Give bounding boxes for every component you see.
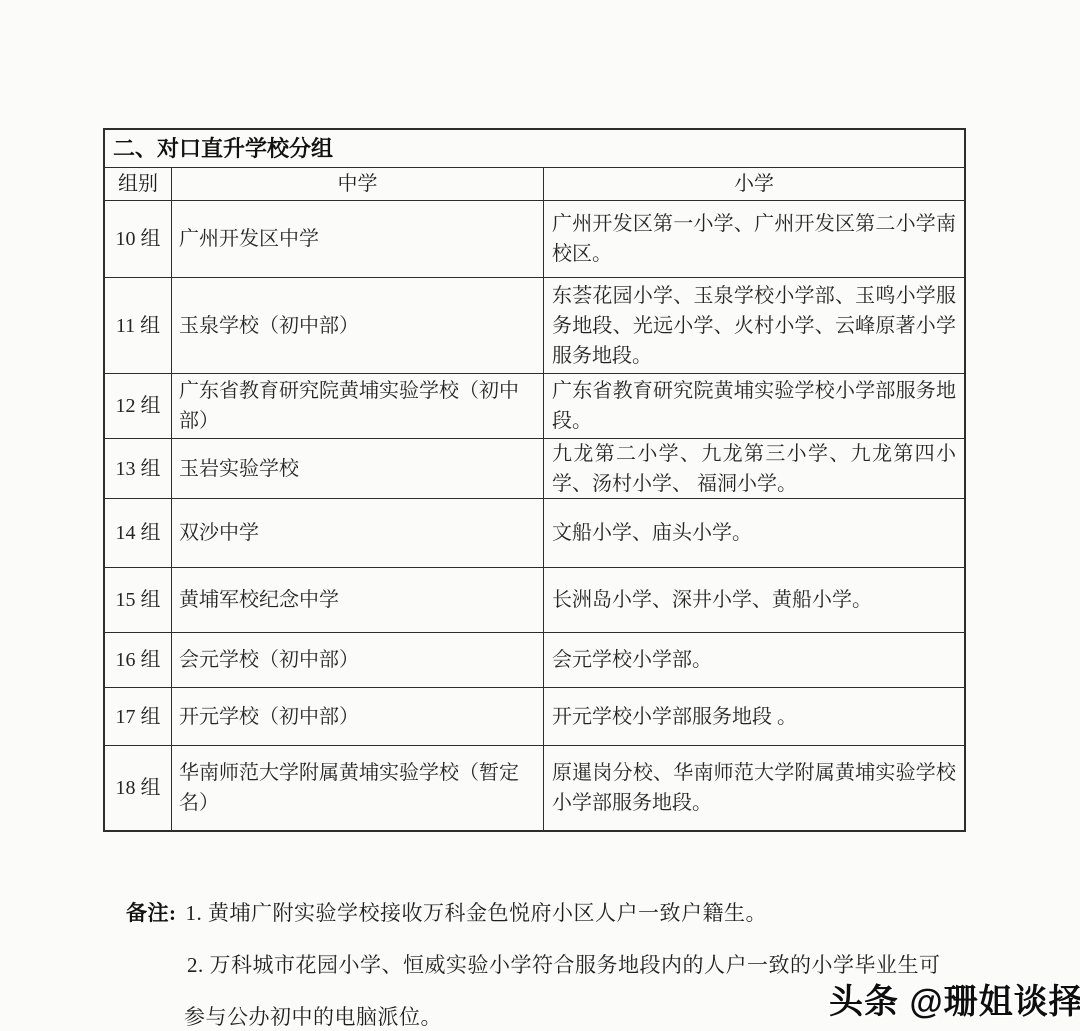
row-14-middle-school: 双沙中学 [172, 499, 544, 568]
row-16-middle-school: 会元学校（初中部） [172, 633, 544, 688]
row-11-primary-school: 东荟花园小学、玉泉学校小学部、玉鸣小学服务地段、光远小学、火村小学、云峰原著小学… [544, 278, 964, 374]
row-14-middle-text: 双沙中学 [179, 518, 536, 548]
row-10-middle-school: 广州开发区中学 [172, 201, 544, 278]
row-10-primary-school: 广州开发区第一小学、广州开发区第二小学南校区。 [544, 201, 964, 278]
row-10-middle-text: 广州开发区中学 [179, 224, 536, 254]
toutiao-watermark: 头条 @珊姐谈择校 [829, 974, 1080, 1023]
row-11-primary-text: 东荟花园小学、玉泉学校小学部、玉鸣小学服务地段、光远小学、火村小学、云峰原著小学… [552, 281, 956, 371]
row-15-primary-text: 长洲岛小学、深井小学、黄船小学。 [552, 585, 956, 615]
note-1-text: 1. 黄埔广附实验学校接收万科金色悦府小区人户一致户籍生。 [186, 901, 768, 925]
row-17-primary-text: 开元学校小学部服务地段 。 [552, 702, 956, 732]
row-16-primary-school: 会元学校小学部。 [544, 633, 964, 688]
row-18-group: 18 组 [105, 746, 172, 830]
row-18-middle-text: 华南师范大学附属黄埔实验学校（暂定名） [179, 758, 536, 818]
notes-label: 备注: [126, 901, 177, 925]
header-primary-school: 小学 [544, 168, 964, 201]
row-10-group: 10 组 [105, 201, 172, 278]
row-16-middle-text: 会元学校（初中部） [179, 645, 536, 675]
row-14-group: 14 组 [105, 499, 172, 568]
row-11-middle-school: 玉泉学校（初中部） [172, 278, 544, 374]
row-13-middle-text: 玉岩实验学校 [179, 454, 536, 484]
row-11-group: 11 组 [105, 278, 172, 374]
row-15-group: 15 组 [105, 568, 172, 633]
row-13-primary-school: 九龙第二小学、九龙第三小学、九龙第四小学、汤村小学、 福洞小学。 [544, 439, 964, 499]
row-12-middle-text: 广东省教育研究院黄埔实验学校（初中部） [179, 376, 536, 436]
notes-line-2: 2. 万科城市花园小学、恒威实验小学符合服务地段内的人户一致的小学毕业生可 [187, 949, 941, 979]
notes-line-3: 参与公办初中的电脑派位。 [184, 1001, 442, 1031]
row-13-middle-school: 玉岩实验学校 [172, 439, 544, 499]
row-16-primary-text: 会元学校小学部。 [552, 645, 956, 675]
row-15-primary-school: 长洲岛小学、深井小学、黄船小学。 [544, 568, 964, 633]
row-16-group: 16 组 [105, 633, 172, 688]
row-13-primary-text: 九龙第二小学、九龙第三小学、九龙第四小学、汤村小学、 福洞小学。 [552, 439, 956, 499]
row-12-primary-text: 广东省教育研究院黄埔实验学校小学部服务地段。 [552, 376, 956, 436]
row-10-primary-text: 广州开发区第一小学、广州开发区第二小学南校区。 [552, 209, 956, 269]
table-title: 二、对口直升学校分组 [105, 130, 964, 168]
row-18-primary-school: 原暹岗分校、华南师范大学附属黄埔实验学校小学部服务地段。 [544, 746, 964, 830]
row-15-middle-text: 黄埔军校纪念中学 [179, 585, 536, 615]
row-12-group: 12 组 [105, 374, 172, 439]
row-12-middle-school: 广东省教育研究院黄埔实验学校（初中部） [172, 374, 544, 439]
row-17-middle-text: 开元学校（初中部） [179, 702, 536, 732]
row-13-group: 13 组 [105, 439, 172, 499]
header-middle-school: 中学 [172, 168, 544, 201]
row-14-primary-school: 文船小学、庙头小学。 [544, 499, 964, 568]
row-18-middle-school: 华南师范大学附属黄埔实验学校（暂定名） [172, 746, 544, 830]
header-group: 组别 [105, 168, 172, 201]
school-grouping-table: 二、对口直升学校分组 组别 中学 小学 10 组 广州开发区中学 广州开发区第一… [103, 128, 966, 832]
row-18-primary-text: 原暹岗分校、华南师范大学附属黄埔实验学校小学部服务地段。 [552, 758, 956, 818]
notes-line-1: 备注:1. 黄埔广附实验学校接收万科金色悦府小区人户一致户籍生。 [126, 897, 767, 927]
row-11-middle-text: 玉泉学校（初中部） [179, 311, 536, 341]
row-17-group: 17 组 [105, 688, 172, 746]
row-17-middle-school: 开元学校（初中部） [172, 688, 544, 746]
row-17-primary-school: 开元学校小学部服务地段 。 [544, 688, 964, 746]
row-15-middle-school: 黄埔军校纪念中学 [172, 568, 544, 633]
row-12-primary-school: 广东省教育研究院黄埔实验学校小学部服务地段。 [544, 374, 964, 439]
row-14-primary-text: 文船小学、庙头小学。 [552, 518, 956, 548]
